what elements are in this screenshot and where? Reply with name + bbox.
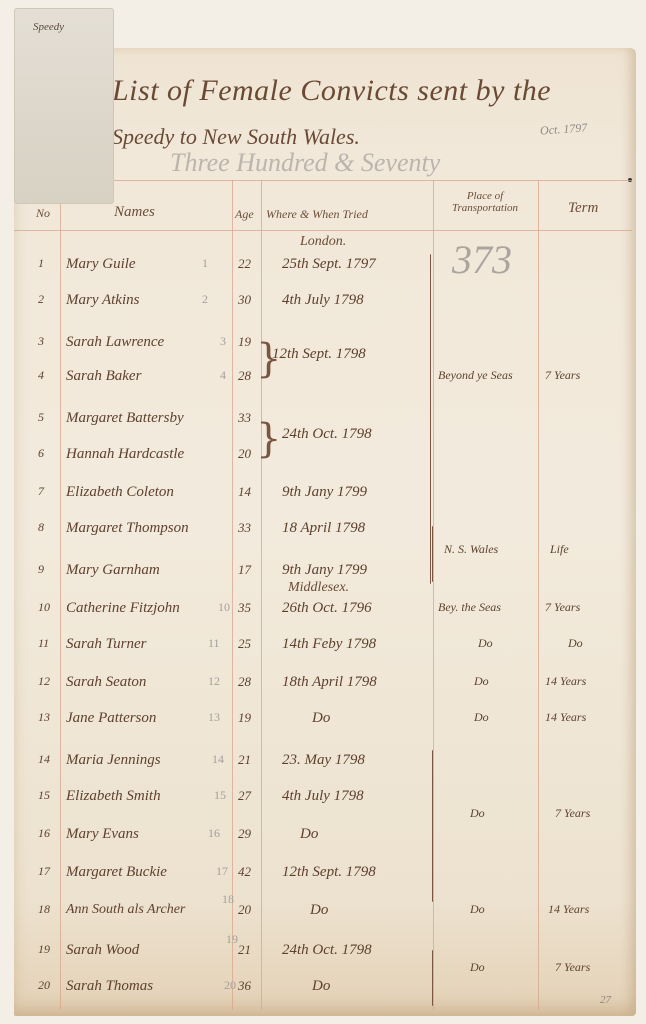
row-number: 17 (38, 864, 50, 879)
row-number: 11 (38, 636, 49, 651)
row-pencil-number: 17 (216, 864, 228, 879)
row-name: Maria Jennings (66, 752, 161, 769)
row-pencil-number: 14 (212, 752, 224, 767)
table-row: 15 Elizabeth Smith 15 27 4th July 1798 D… (0, 788, 646, 818)
row-tried: 24th Oct. 1798 (282, 942, 372, 959)
row-age: 28 (238, 368, 251, 384)
row-tried: 26th Oct. 1796 (282, 600, 372, 617)
table-row: 10 Catherine Fitzjohn 10 35 26th Oct. 17… (0, 600, 646, 630)
row-name: Sarah Turner (66, 636, 146, 653)
row-term: 14 Years (545, 674, 586, 689)
row-pencil-number: 11 (208, 636, 220, 651)
row-pencil-number: 1 (202, 256, 208, 271)
row-name: Sarah Thomas (66, 978, 153, 995)
row-number: 2 (38, 292, 44, 307)
header-place: Place of Transportation (437, 190, 533, 214)
row-number: 7 (38, 484, 44, 499)
row-term: 7 Years (545, 368, 580, 383)
row-tried: 18th April 1798 (282, 674, 377, 691)
row-name: Jane Patterson (66, 710, 156, 727)
row-age: 14 (238, 484, 251, 500)
page-title: List of Female Convicts sent by the (112, 74, 551, 108)
row-name: Margaret Battersby (66, 410, 184, 427)
row-name: Mary Guile (66, 256, 136, 273)
header-tried: Where & When Tried (266, 207, 368, 222)
row-tried: Do (300, 826, 318, 843)
row-number: 1 (38, 256, 44, 271)
table-row: 11 Sarah Turner 11 25 14th Feby 1798 Do … (0, 636, 646, 666)
row-pencil-number: 2 (202, 292, 208, 307)
row-tried: 12th Sept. 1798 (272, 346, 366, 363)
table-row: 6 Hannah Hardcastle 20 24th Oct. 1798 (0, 446, 646, 476)
row-age: 19 (238, 710, 251, 726)
row-age: 22 (238, 256, 251, 272)
row-name: Margaret Buckie (66, 864, 167, 881)
row-number: 4 (38, 368, 44, 383)
row-number: 15 (38, 788, 50, 803)
header-age: Age (235, 207, 254, 222)
row-number: 8 (38, 520, 44, 535)
table-row: 1 Mary Guile 1 22 25th Sept. 1797 (0, 256, 646, 286)
row-tried: 23. May 1798 (282, 752, 365, 769)
row-number: 9 (38, 562, 44, 577)
row-tried: 9th Jany 1799 (282, 562, 367, 579)
row-age: 20 (238, 902, 251, 918)
row-pencil-number: 15 (214, 788, 226, 803)
row-tried: Do (312, 978, 330, 995)
header-term: Term (568, 200, 598, 217)
row-number: 19 (38, 942, 50, 957)
row-tried: 4th July 1798 (282, 788, 364, 805)
row-name: Elizabeth Coleton (66, 484, 174, 501)
row-tried: Do (310, 902, 328, 919)
row-age: 19 (238, 334, 251, 350)
ship-label-tab: Speedy (14, 8, 114, 204)
folio-number: 27 (600, 994, 611, 1006)
row-number: 18 (38, 902, 50, 917)
row-place: Bey. the Seas (438, 600, 501, 615)
table-row: 18 Ann South als Archer 18 20 Do Do 14 Y… (0, 902, 646, 932)
row-tried: 24th Oct. 1798 (282, 426, 372, 443)
row-name: Sarah Lawrence (66, 334, 164, 351)
row-age: 29 (238, 826, 251, 842)
row-number: 16 (38, 826, 50, 841)
table-row: 16 Mary Evans 16 29 Do (0, 826, 646, 856)
row-pencil-number: 13 (208, 710, 220, 725)
row-age: 33 (238, 410, 251, 426)
row-number: 6 (38, 446, 44, 461)
row-name: Ann South als Archer (66, 902, 185, 918)
row-place: Do (470, 806, 485, 821)
row-number: 10 (38, 600, 50, 615)
row-tried: 14th Feby 1798 (282, 636, 376, 653)
row-name: Mary Atkins (66, 292, 139, 309)
row-place: N. S. Wales (444, 542, 498, 557)
row-term: 7 Years (545, 600, 580, 615)
row-age: 27 (238, 788, 251, 804)
row-pencil-number: 19 (226, 932, 238, 947)
row-number: 3 (38, 334, 44, 349)
row-pencil-number: 4 (220, 368, 226, 383)
row-number: 12 (38, 674, 50, 689)
row-number: 14 (38, 752, 50, 767)
table-row: 17 Margaret Buckie 17 42 12th Sept. 1798 (0, 864, 646, 894)
row-age: 42 (238, 864, 251, 880)
row-name: Sarah Baker (66, 368, 141, 385)
row-name: Mary Evans (66, 826, 139, 843)
row-place: Beyond ye Seas (438, 368, 513, 383)
row-number: 20 (38, 978, 50, 993)
ship-label-text: Speedy (33, 21, 64, 33)
row-pencil-number: 3 (220, 334, 226, 349)
header-names: Names (114, 204, 155, 221)
table-row: 13 Jane Patterson 13 19 Do Do 14 Years (0, 710, 646, 740)
row-age: 21 (238, 942, 251, 958)
row-place: Do (478, 636, 493, 651)
row-name: Mary Garnham (66, 562, 160, 579)
row-name: Hannah Hardcastle (66, 446, 184, 463)
table-row: 20 Sarah Thomas 20 36 Do Do 7 Years (0, 978, 646, 1008)
row-place: Do (474, 710, 489, 725)
row-name: Margaret Thompson (66, 520, 189, 537)
table-row: 12 Sarah Seaton 12 28 18th April 1798 Do… (0, 674, 646, 704)
table-row: 2 Mary Atkins 2 30 4th July 1798 (0, 292, 646, 322)
row-term: 7 Years (555, 806, 590, 821)
table-row: 9 Mary Garnham 17 9th Jany 1799 N. S. Wa… (0, 562, 646, 592)
row-pencil-number: 20 (224, 978, 236, 993)
row-pencil-number: 12 (208, 674, 220, 689)
table-row: 4 Sarah Baker 4 28 12th Sept. 1798 Beyon… (0, 368, 646, 398)
row-tried: Do (312, 710, 330, 727)
row-tried: 12th Sept. 1798 (282, 864, 376, 881)
row-tried: 4th July 1798 (282, 292, 364, 309)
row-term: 14 Years (548, 902, 589, 917)
row-age: 25 (238, 636, 251, 652)
pencil-scrawl-annotation: Three Hundred & Seventy (170, 148, 440, 178)
row-place: Do (470, 960, 485, 975)
row-age: 21 (238, 752, 251, 768)
row-term: Do (568, 636, 583, 651)
row-age: 33 (238, 520, 251, 536)
header-bottom-rule (14, 230, 632, 231)
table-row: 7 Elizabeth Coleton 14 9th Jany 1799 (0, 484, 646, 514)
row-place: Do (474, 674, 489, 689)
row-number: 13 (38, 710, 50, 725)
row-tried: 18 April 1798 (282, 520, 365, 537)
row-age: 36 (238, 978, 251, 994)
row-age: 20 (238, 446, 251, 462)
row-number: 5 (38, 410, 44, 425)
row-place: Do (470, 902, 485, 917)
row-name: Sarah Wood (66, 942, 139, 959)
page-subtitle: Speedy to New South Wales. (112, 124, 360, 150)
row-age: 28 (238, 674, 251, 690)
row-pencil-number: 16 (208, 826, 220, 841)
row-term: 7 Years (555, 960, 590, 975)
table-row: 19 Sarah Wood 19 21 24th Oct. 1798 (0, 942, 646, 972)
row-tried: 9th Jany 1799 (282, 484, 367, 501)
row-term: Life (550, 542, 569, 557)
row-pencil-number: 10 (218, 600, 230, 615)
row-term: 14 Years (545, 710, 586, 725)
row-name: Elizabeth Smith (66, 788, 161, 805)
table-row: 14 Maria Jennings 14 21 23. May 1798 (0, 752, 646, 782)
header-no: No (36, 206, 50, 221)
row-name: Sarah Seaton (66, 674, 146, 691)
row-age: 35 (238, 600, 251, 616)
county-london: London. (300, 234, 346, 250)
row-pencil-number: 18 (222, 892, 234, 907)
row-age: 17 (238, 562, 251, 578)
row-tried: 25th Sept. 1797 (282, 256, 376, 273)
row-name: Catherine Fitzjohn (66, 600, 180, 617)
row-age: 30 (238, 292, 251, 308)
